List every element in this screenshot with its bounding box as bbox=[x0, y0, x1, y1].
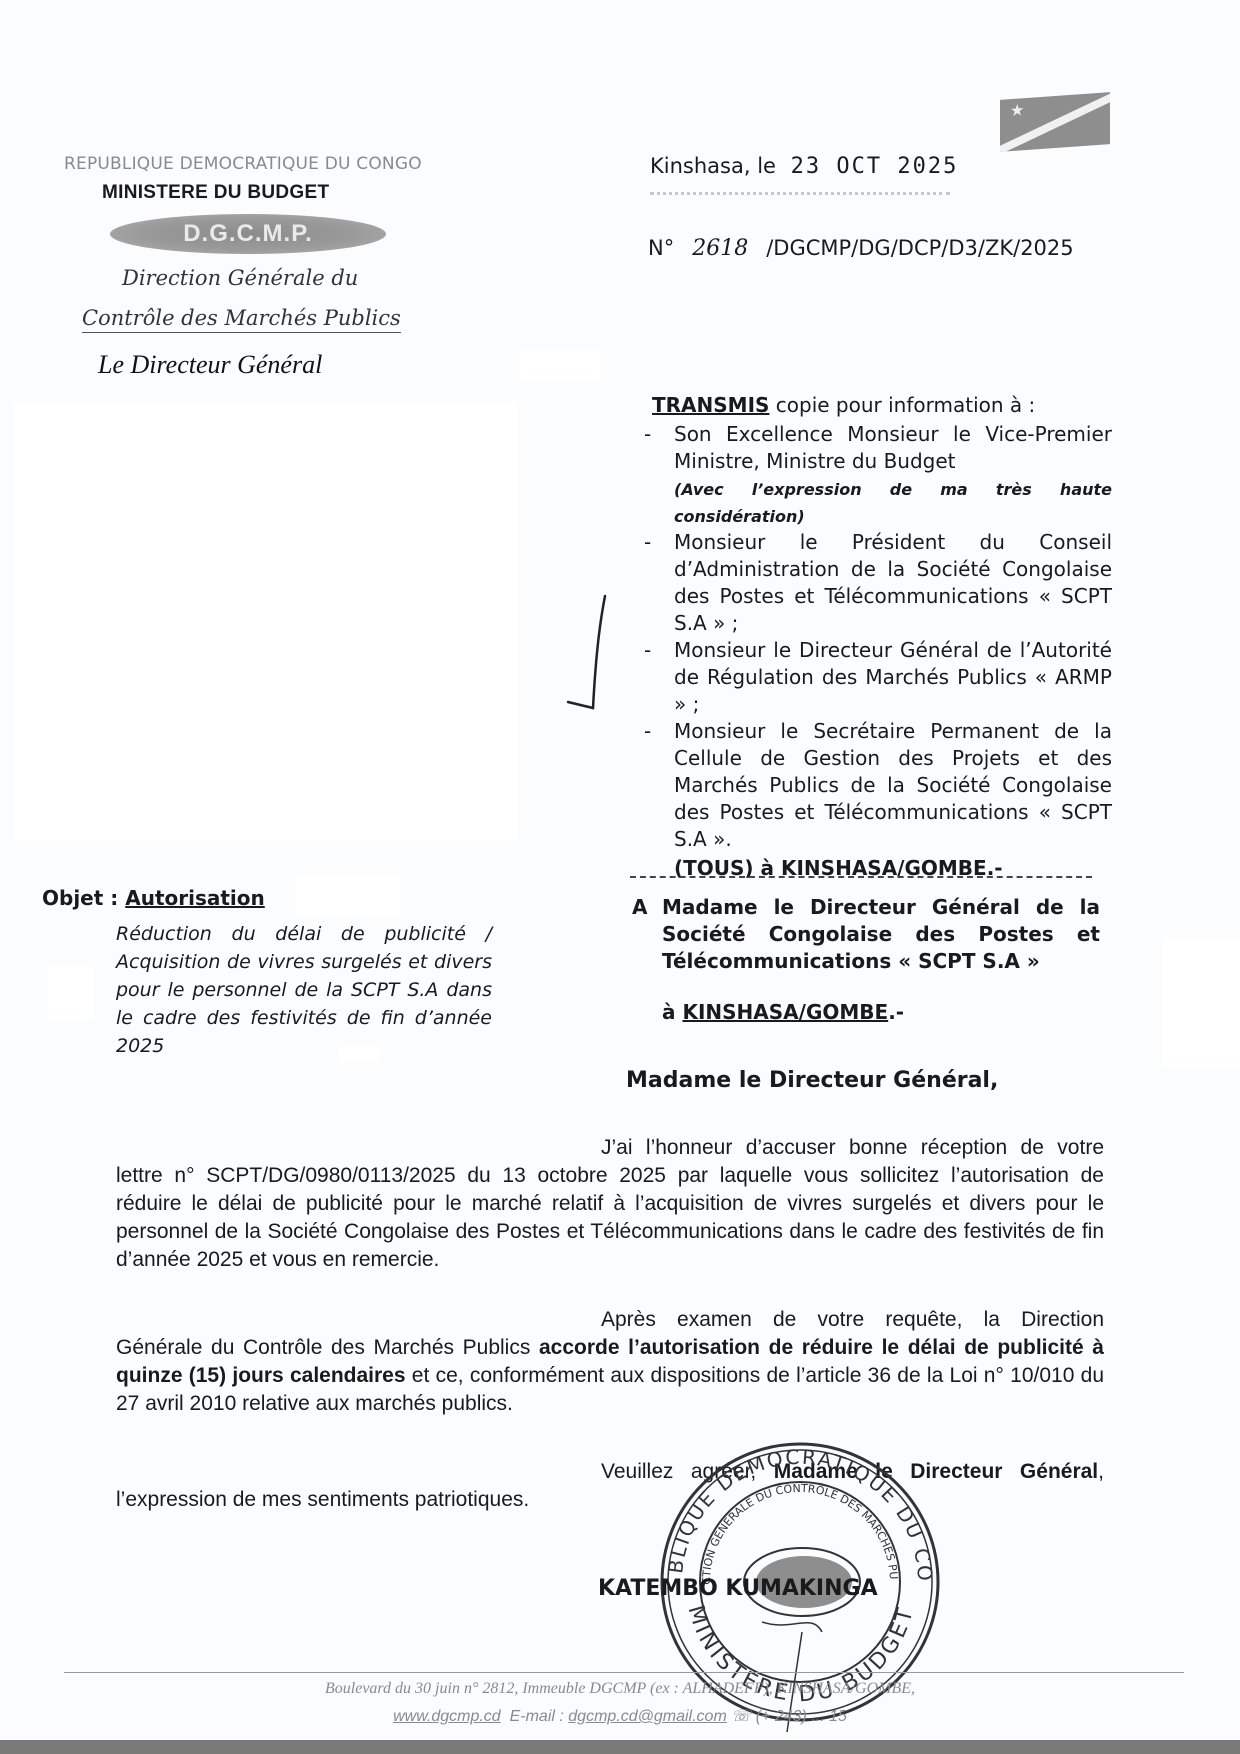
recipient-list: Son Excellence Monsieur le Vice-Premier … bbox=[652, 421, 1112, 853]
footer-phone: (+ 243) ... 15 bbox=[756, 1708, 847, 1725]
transmis-heading: TRANSMIS copie pour information à : bbox=[652, 392, 1112, 419]
reference-number: N°2618/DGCMP/DG/DCP/D3/ZK/2025 bbox=[648, 236, 1074, 261]
addressee-block: A Madame le Directeur Général de la Soci… bbox=[632, 894, 1100, 1026]
republic-header: REPUBLIQUE DEMOCRATIQUE DU CONGO bbox=[64, 154, 422, 174]
transmis-label: TRANSMIS bbox=[652, 393, 769, 417]
ref-handwritten: 2618 bbox=[692, 236, 748, 261]
recipient-text: Monsieur le Secrétaire Permanent de la C… bbox=[674, 719, 1112, 851]
checkmark-icon bbox=[560, 592, 610, 712]
footer-contact: www.dgcmp.cd E-mail : dgcmp.cd@gmail.com… bbox=[0, 1706, 1240, 1726]
subject-label: Objet : Autorisation bbox=[42, 886, 265, 910]
addressee-location: à KINSHASA/GOMBE.- bbox=[662, 999, 1100, 1026]
redacted-block bbox=[296, 876, 400, 916]
date-stamp: 23 OCT 2025 bbox=[791, 154, 959, 179]
subject-title: Autorisation bbox=[125, 886, 265, 910]
recipient-text: Monsieur le Président du Conseil d’Admin… bbox=[674, 530, 1112, 635]
ministry-name: MINISTERE DU BUDGET bbox=[102, 182, 329, 204]
footer-divider bbox=[64, 1672, 1184, 1673]
location-prefix: à bbox=[662, 1000, 682, 1024]
recipient-item: Monsieur le Secrétaire Permanent de la C… bbox=[652, 718, 1112, 853]
body-paragraph-3: Veuillez agréer, Madame le Directeur Gén… bbox=[116, 1458, 1104, 1514]
place-date: Kinshasa, le 23 OCT 2025 bbox=[650, 154, 958, 179]
body-paragraph-2: Après examen de votre requête, la Direct… bbox=[116, 1306, 1104, 1418]
footer-email[interactable]: dgcmp.cd@gmail.com bbox=[568, 1708, 727, 1725]
redacted-block bbox=[14, 402, 518, 840]
direction-line-1: Direction Générale du bbox=[122, 266, 358, 290]
footer-address: Boulevard du 30 juin n° 2812, Immeuble D… bbox=[0, 1680, 1240, 1698]
recipient-text: Son Excellence Monsieur le Vice-Premier … bbox=[674, 422, 1112, 473]
redacted-block bbox=[1162, 938, 1240, 1068]
footer-website[interactable]: www.dgcmp.cd bbox=[393, 1708, 501, 1725]
addressee-prefix: A bbox=[632, 894, 662, 975]
recipient-item: Son Excellence Monsieur le Vice-Premier … bbox=[652, 421, 1112, 529]
phone-icon: ☏ bbox=[731, 1708, 751, 1725]
ref-suffix: /DGCMP/DG/DCP/D3/ZK/2025 bbox=[766, 236, 1073, 260]
body-paragraph-1: J’ai l’honneur d’accuser bonne réception… bbox=[116, 1134, 1104, 1274]
director-general-title: Le Directeur Général bbox=[98, 350, 322, 380]
redacted-block bbox=[520, 350, 600, 380]
direction-line-2: Contrôle des Marchés Publics bbox=[82, 306, 401, 333]
recipient-text: Monsieur le Directeur Général de l’Autor… bbox=[674, 638, 1112, 716]
subject-body: Réduction du délai de publicité / Acquis… bbox=[116, 920, 492, 1060]
dgcmp-logo: D.G.C.M.P. bbox=[110, 214, 386, 254]
salutation: Madame le Directeur Général, bbox=[626, 1068, 998, 1093]
subject-prefix: Objet : bbox=[42, 886, 125, 910]
location-name: KINSHASA/GOMBE bbox=[682, 1000, 888, 1024]
signatory-name: KATEMBO KUMAKINGA bbox=[598, 1576, 878, 1601]
copy-recipients: TRANSMIS copie pour information à : Son … bbox=[652, 392, 1112, 882]
dashed-separator bbox=[630, 876, 1092, 878]
recipient-item: Monsieur le Directeur Général de l’Autor… bbox=[652, 637, 1112, 718]
ref-prefix: N° bbox=[648, 236, 674, 260]
addressee-text: Madame le Directeur Général de la Sociét… bbox=[662, 894, 1100, 975]
drc-flag-icon: ★ bbox=[1000, 92, 1110, 152]
scan-edge bbox=[0, 1740, 1240, 1754]
paragraph-text: J’ai l’honneur d’accuser bonne réception… bbox=[116, 1136, 1104, 1271]
location-suffix: .- bbox=[888, 1000, 904, 1024]
redacted-block bbox=[48, 966, 94, 1020]
footer-email-label: E-mail : bbox=[510, 1708, 569, 1725]
dgcmp-acronym: D.G.C.M.P. bbox=[183, 220, 313, 248]
faint-divider bbox=[650, 192, 950, 198]
recipient-item: Monsieur le Président du Conseil d’Admin… bbox=[652, 529, 1112, 637]
transmis-intro: copie pour information à : bbox=[769, 393, 1035, 417]
place-prefix: Kinshasa, le bbox=[650, 154, 776, 178]
recipient-note: (Avec l’expression de ma très haute cons… bbox=[674, 480, 1112, 526]
